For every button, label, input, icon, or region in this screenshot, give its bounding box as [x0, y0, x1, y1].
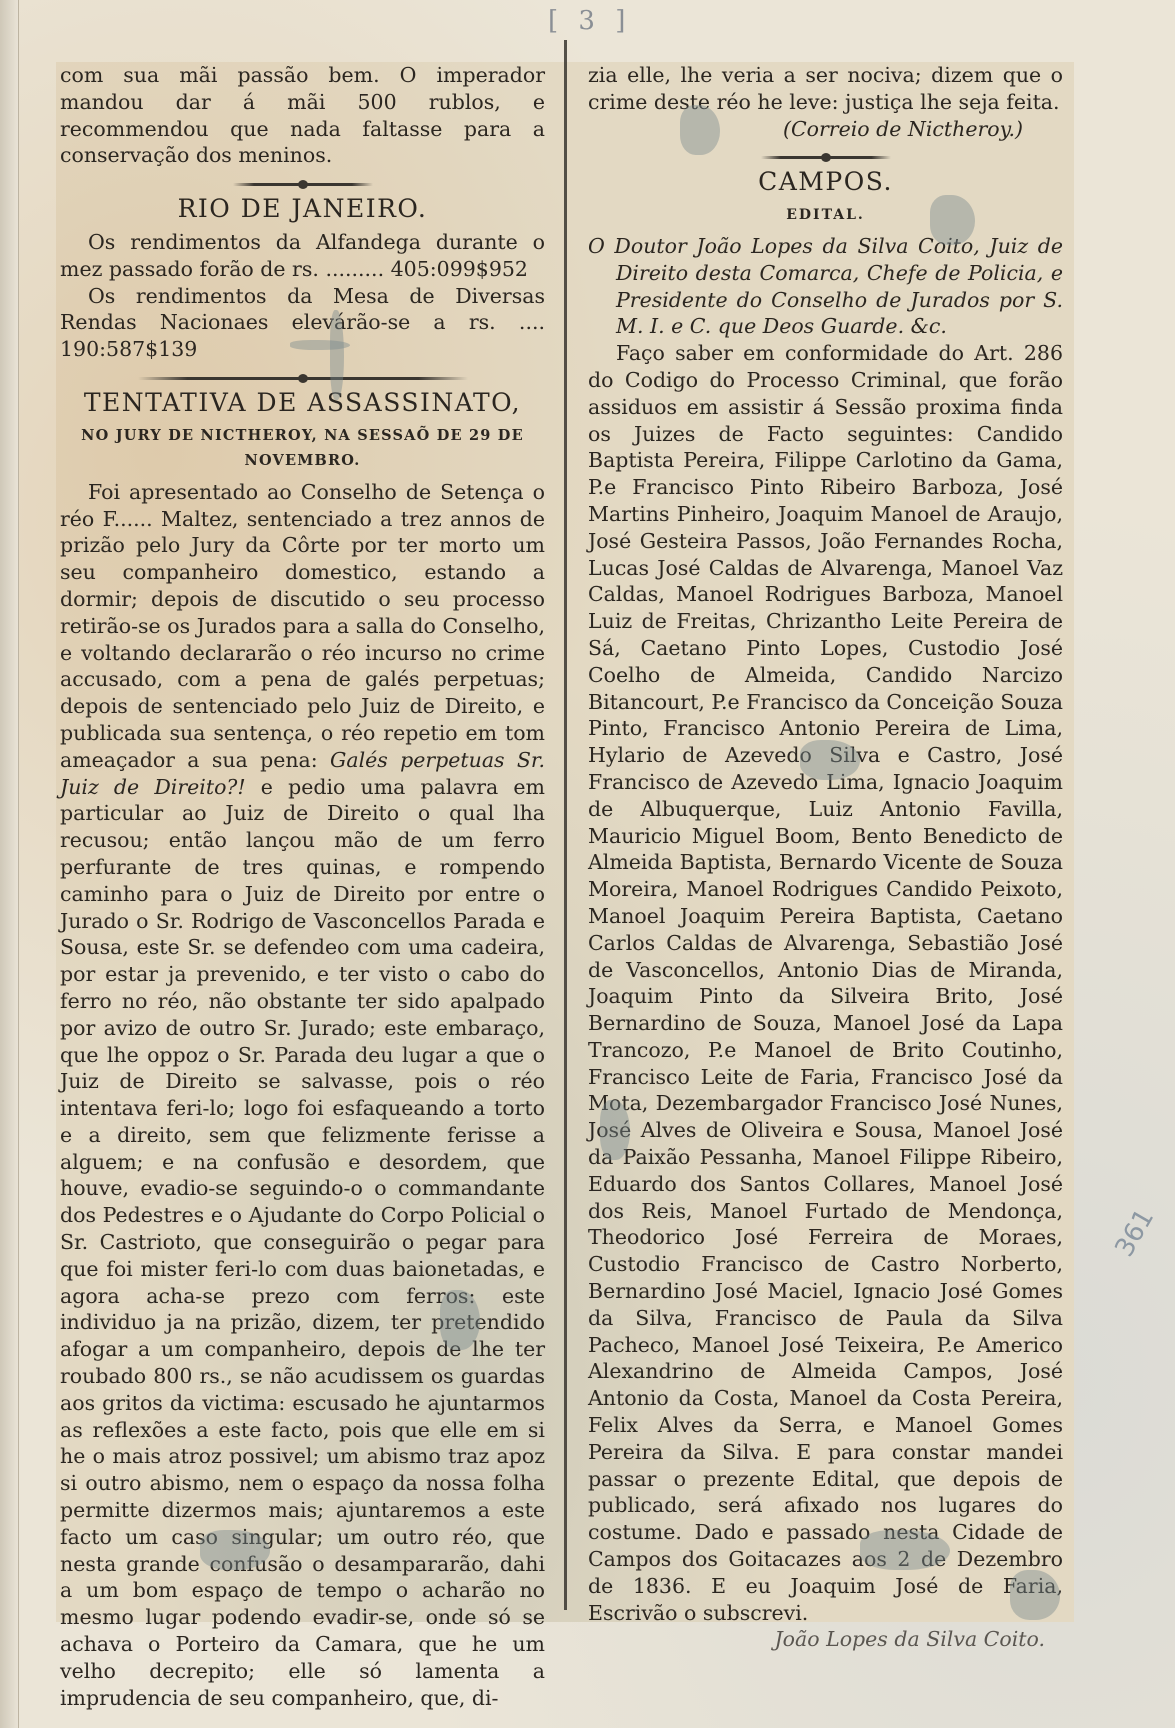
- water-stain: [1010, 1570, 1060, 1620]
- water-stain: [290, 340, 350, 350]
- rio-paragraph-1: Os rendimentos da Alfandega durante o me…: [60, 229, 545, 283]
- edital-signature: João Lopes da Silva Coito.: [588, 1626, 1063, 1653]
- water-stain: [800, 740, 860, 780]
- section-title-campos: CAMPOS.: [588, 169, 1063, 196]
- article-source: (Correio de Nictheroy.): [588, 116, 1063, 143]
- article-continuation-right: zia elle, lhe veria a ser nociva; dizem …: [588, 62, 1063, 116]
- water-stain: [200, 1530, 270, 1570]
- tentativa-body-part2: e pedio uma palavra em particular ao Jui…: [60, 775, 545, 1710]
- section-title-rio: RIO DE JANEIRO.: [60, 196, 545, 223]
- tentativa-body-part1: Foi apresentado ao Conselho de Setença o…: [60, 480, 545, 772]
- left-column: com sua mãi passão bem. O imperador mand…: [60, 62, 545, 1711]
- water-stain: [600, 1100, 630, 1160]
- section-ornament: [138, 377, 468, 380]
- page-binding-edge: [0, 0, 19, 1728]
- leader-dots: ....: [519, 310, 545, 334]
- tentativa-body: Foi apresentado ao Conselho de Setença o…: [60, 479, 545, 1712]
- edital-body: Faço saber em conformidade do Art. 286 d…: [588, 340, 1063, 1626]
- section-title-tentativa: TENTATIVA DE ASSASSINATO,: [60, 390, 545, 417]
- section-subtitle-tentativa: NO JURY DE NICTHEROY, NA SESSAÕ DE 29 DE…: [60, 423, 545, 473]
- water-stain: [930, 195, 975, 245]
- rio-paragraph-2: Os rendimentos da Mesa de Diversas Renda…: [60, 283, 545, 363]
- water-stain: [330, 310, 344, 400]
- edital-heading: EDITAL.: [588, 202, 1063, 229]
- water-stain: [680, 105, 720, 155]
- section-ornament: [761, 156, 891, 159]
- rio-p1-amount: 405:099$952: [391, 257, 528, 281]
- rio-p2-text: Os rendimentos da Mesa de Diversas Renda…: [60, 284, 545, 335]
- right-column: zia elle, lhe veria a ser nociva; dizem …: [588, 62, 1063, 1653]
- column-divider: [564, 40, 567, 1610]
- page-number: [ 3 ]: [548, 6, 631, 36]
- rio-p2-amount: 190:587$139: [60, 337, 197, 361]
- edital-preamble: O Doutor João Lopes da Silva Coito, Juiz…: [588, 233, 1063, 340]
- article-continuation: com sua mãi passão bem. O imperador mand…: [60, 62, 545, 169]
- section-ornament: [233, 183, 373, 186]
- water-stain: [860, 1530, 950, 1570]
- leader-dots: .........: [325, 257, 384, 281]
- water-stain: [440, 1290, 480, 1350]
